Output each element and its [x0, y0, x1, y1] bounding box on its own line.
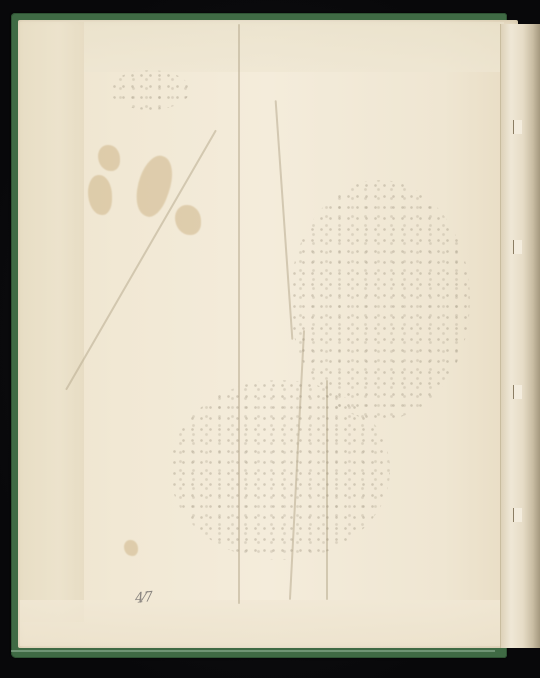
foxing-region-1	[290, 180, 470, 420]
tear-2	[513, 240, 522, 254]
water-stain-1	[98, 145, 120, 171]
tear-4	[513, 508, 522, 522]
turn-in-top	[84, 22, 504, 72]
tear-3	[513, 385, 522, 399]
pencil-mark: 4⁄7	[134, 589, 153, 607]
foxing-region-2	[170, 380, 390, 560]
water-stain-5	[124, 540, 138, 556]
water-stain-2	[88, 175, 112, 215]
facing-leaf-edge	[500, 24, 540, 648]
tear-1	[513, 120, 522, 134]
water-stain-4	[175, 205, 201, 235]
board-edge-highlight	[11, 650, 495, 652]
foxing-region-3	[110, 70, 190, 110]
turn-in-bottom	[20, 600, 510, 646]
turn-in-left	[20, 22, 84, 622]
